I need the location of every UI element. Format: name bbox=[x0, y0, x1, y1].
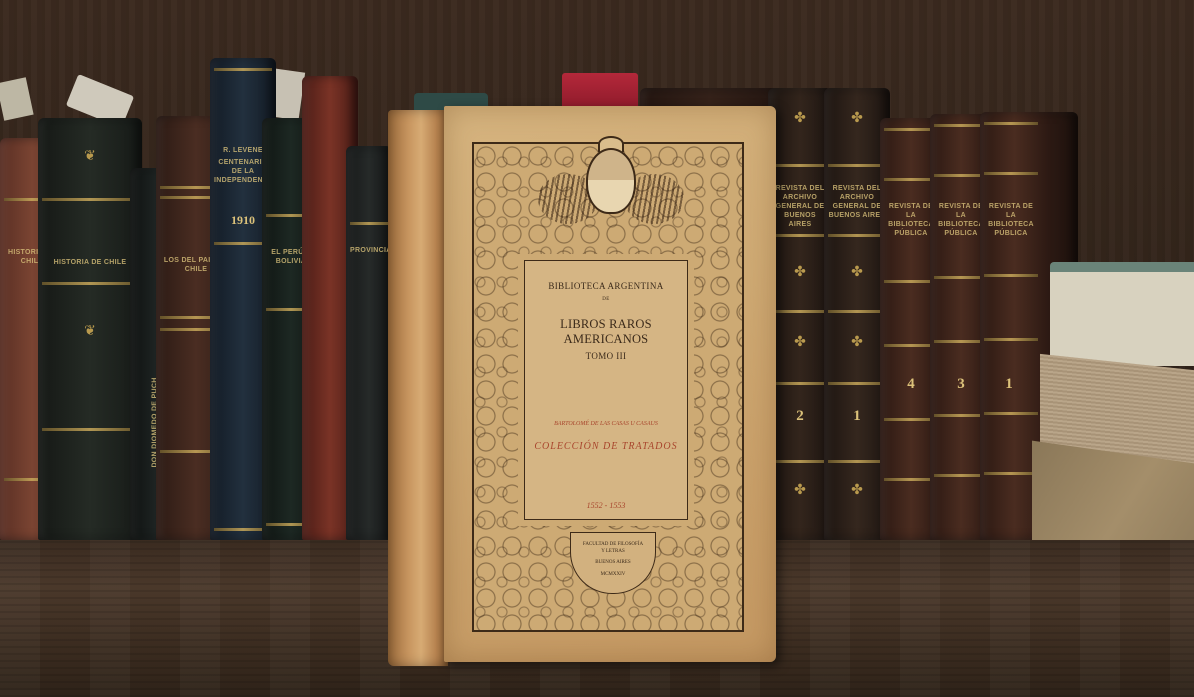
gilt-ornament-icon: ✤ bbox=[851, 334, 863, 351]
volume-number: 1 bbox=[980, 376, 1038, 393]
stacked-book bbox=[1050, 262, 1194, 366]
date-range: 1552 - 1553 bbox=[525, 501, 687, 510]
publisher-shield: FACULTAD DE FILOSOFÍA Y LETRAS BUENOS AI… bbox=[570, 532, 656, 594]
publisher-name: Y LETRAS bbox=[571, 548, 655, 555]
ornamental-border: BIBLIOTECA ARGENTINA DE LIBROS RAROS AME… bbox=[472, 142, 744, 632]
gilt-ornament-icon: ✤ bbox=[794, 110, 806, 127]
publisher-year: MCMXXIV bbox=[571, 571, 655, 578]
gilt-ornament-icon: ✤ bbox=[851, 110, 863, 127]
author-name: BARTOLOMÉ DE LAS CASAS U CASAUS bbox=[525, 421, 687, 427]
gilt-ornament-icon: ❦ bbox=[84, 323, 96, 340]
book-spine: ❦ ❦ HISTORIA DE CHILE bbox=[38, 118, 142, 540]
gilt-ornament-icon: ❦ bbox=[84, 148, 96, 165]
book-cover: BIBLIOTECA ARGENTINA DE LIBROS RAROS AME… bbox=[444, 106, 776, 662]
publisher-city: BUENOS AIRES bbox=[571, 559, 655, 566]
volume-number: 2 bbox=[768, 408, 832, 425]
spine-title: REVISTA DEL ARCHIVO GENERAL DE BUENOS AI… bbox=[828, 184, 886, 220]
book-title: COLECCIÓN DE TRATADOS bbox=[525, 441, 687, 452]
spine-title: HISTORIA DE CHILE bbox=[42, 258, 138, 267]
spine-title: REVISTA DEL ARCHIVO GENERAL DE BUENOS AI… bbox=[772, 184, 828, 229]
series-connector: DE bbox=[525, 297, 687, 302]
gilt-ornament-icon: ✤ bbox=[794, 482, 806, 499]
gilt-ornament-icon: ✤ bbox=[851, 264, 863, 281]
argentine-coat-of-arms-icon bbox=[586, 148, 636, 214]
spine-title: REVISTA DE LA BIBLIOTECA PÚBLICA bbox=[984, 202, 1038, 238]
spine-title: PROVINCIA bbox=[350, 246, 388, 255]
bookshelf-photo: HISTORIA DE CHILE ❦ ❦ HISTORIA DE CHILE … bbox=[0, 0, 1194, 697]
featured-book: BIBLIOTECA ARGENTINA DE LIBROS RAROS AME… bbox=[388, 106, 776, 666]
book-spine-paper bbox=[388, 110, 448, 666]
publisher-name: FACULTAD DE FILOSOFÍA bbox=[571, 541, 655, 548]
collection-title: LIBROS RAROS AMERICANOS bbox=[525, 317, 687, 347]
book-spine: PROVINCIA bbox=[346, 146, 392, 540]
gilt-ornament-icon: ✤ bbox=[794, 334, 806, 351]
title-panel: BIBLIOTECA ARGENTINA DE LIBROS RAROS AME… bbox=[524, 260, 688, 520]
series-name: BIBLIOTECA ARGENTINA bbox=[525, 281, 687, 291]
volume-label: TOMO III bbox=[525, 351, 687, 361]
gilt-ornament-icon: ✤ bbox=[851, 482, 863, 499]
book-spine-volume: ✤ REVISTA DEL ARCHIVO GENERAL DE BUENOS … bbox=[768, 88, 832, 540]
gilt-ornament-icon: ✤ bbox=[794, 264, 806, 281]
